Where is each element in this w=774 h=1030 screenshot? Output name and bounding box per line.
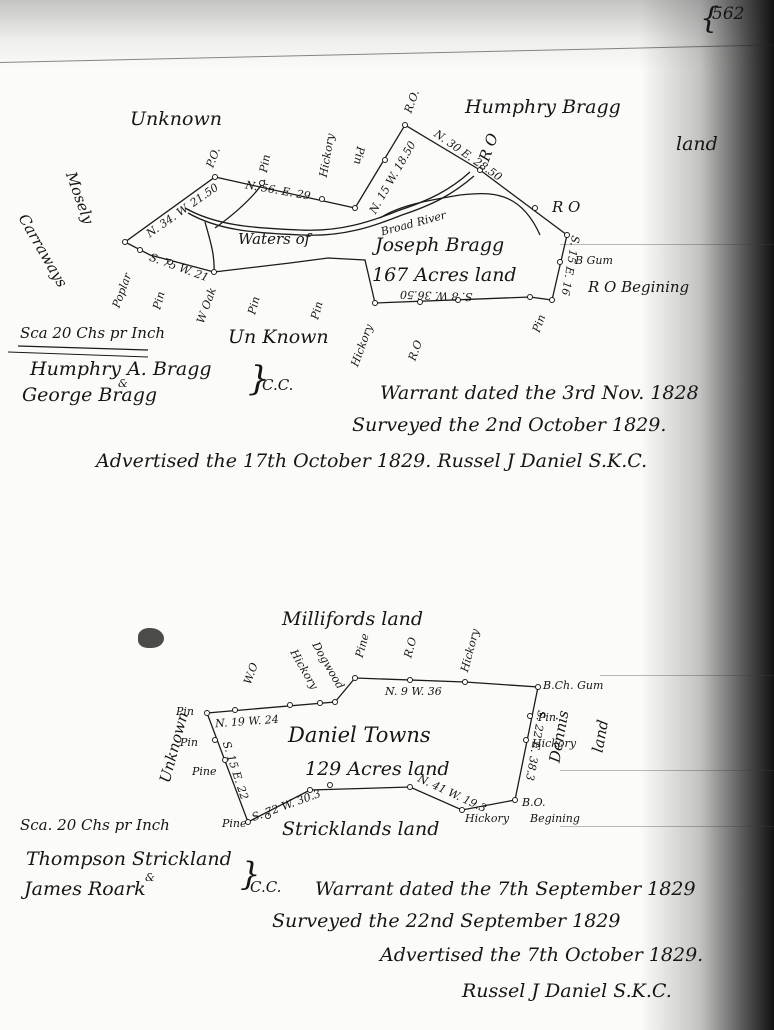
plat-2-warrant: Warrant dated the 7th September 1829 bbox=[315, 880, 696, 899]
plat-2-adjoining-south: Stricklands land bbox=[282, 820, 439, 839]
corner-label: Pine bbox=[222, 818, 247, 829]
plat-1-surveyed: Surveyed the 2nd October 1829. bbox=[352, 416, 666, 435]
plat-2-advertised: Advertised the 7th October 1829. bbox=[380, 946, 703, 965]
corner-label: Pin bbox=[176, 706, 194, 717]
call-label: N. 9 W. 36 bbox=[385, 686, 442, 697]
plat-1-advertised: Advertised the 17th October 1829. Russel… bbox=[96, 452, 647, 471]
corner-label: R O bbox=[552, 200, 580, 215]
plat-1-adjoining-northeast-land: land bbox=[676, 135, 718, 154]
corner-label: B.O. bbox=[522, 797, 545, 808]
plat-1-acreage: 167 Acres land bbox=[372, 266, 517, 285]
plat-1-adjoining-north: Unknown bbox=[130, 110, 222, 129]
plat-2-claimant-1: Thompson Strickland bbox=[26, 850, 232, 869]
plat-2-claimant-2: James Roark bbox=[24, 880, 146, 899]
corner-label-begining: Begining bbox=[530, 813, 580, 824]
plat-2-adjoining-north: Millifords land bbox=[282, 610, 423, 629]
corner-label: Pine bbox=[192, 766, 217, 777]
call-label: S. 8 W. 36.50 bbox=[400, 289, 473, 303]
plat-2-boundary bbox=[207, 678, 538, 822]
plat-2-surveyed: Surveyed the 22nd September 1829 bbox=[272, 912, 620, 931]
corner-label: Pin bbox=[180, 737, 198, 748]
plat-2-signature: Russel J Daniel S.K.C. bbox=[462, 982, 672, 1001]
plat-2-scale: Sca. 20 Chs pr Inch bbox=[20, 818, 170, 833]
ledger-page: 562 { bbox=[0, 0, 774, 1030]
plat-2-cc: C.C. bbox=[250, 880, 281, 895]
plat-1-owner: Joseph Bragg bbox=[375, 236, 504, 255]
plat-1-brace: } bbox=[248, 362, 270, 396]
plat-1-adjoining-northeast: Humphry Bragg bbox=[465, 98, 621, 117]
plat-2-claimant-ampersand: & bbox=[145, 872, 155, 883]
corner-label: B Gum bbox=[575, 255, 613, 266]
plat-1-claimant-2: George Bragg bbox=[22, 386, 157, 405]
plat-1-water-label: Waters of bbox=[238, 232, 310, 247]
corner-label: Pin bbox=[352, 146, 366, 166]
plat-1-scale: Sca 20 Chs pr Inch bbox=[20, 326, 165, 341]
plat-1-warrant: Warrant dated the 3rd Nov. 1828 bbox=[380, 384, 699, 403]
ink-blot bbox=[138, 628, 164, 648]
corner-label: Pin bbox=[258, 154, 272, 174]
corner-label: B.Ch. Gum bbox=[543, 680, 603, 691]
corner-label-begining: R O Begining bbox=[588, 280, 689, 295]
corner-label: Hickory bbox=[465, 813, 509, 824]
plat-1-survey-drawing bbox=[0, 0, 774, 1030]
plat-2-owner: Daniel Towns bbox=[288, 725, 431, 746]
plat-1-adjoining-south: Un Known bbox=[228, 328, 329, 347]
